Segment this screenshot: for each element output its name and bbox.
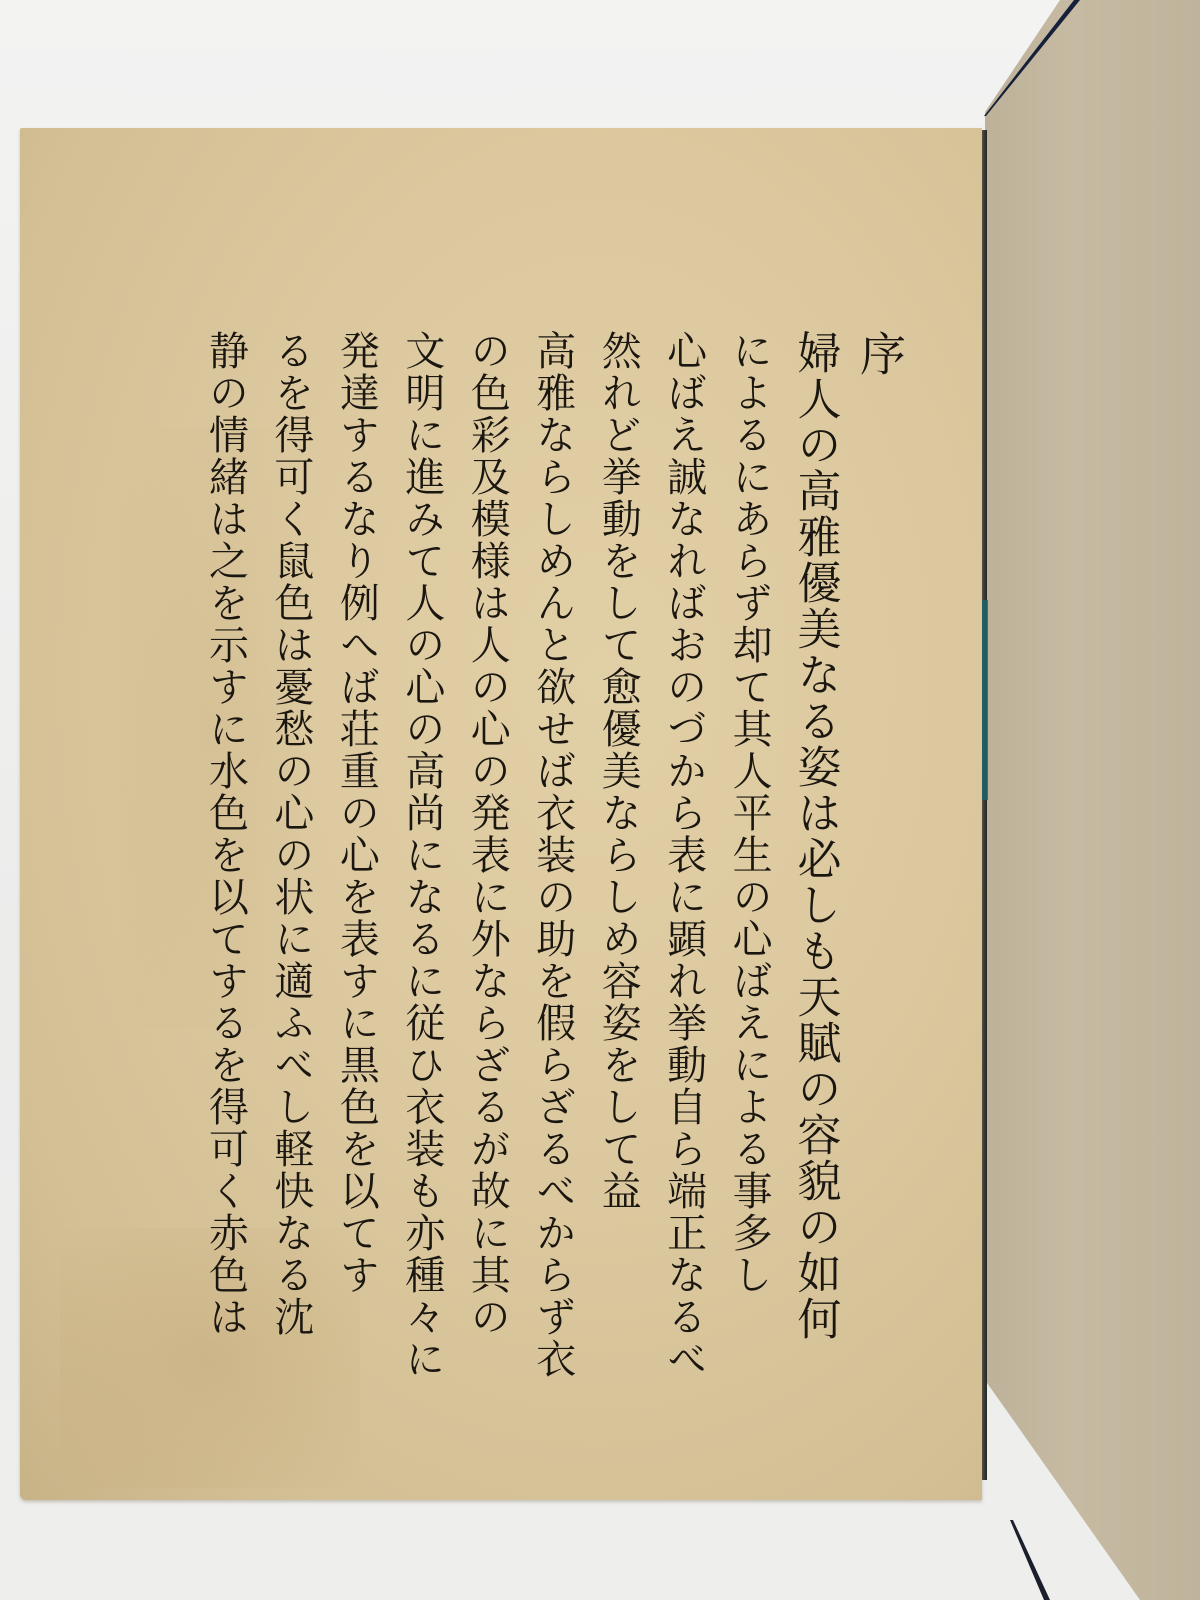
- text-column-2: によるにあらず却て其人平生の心ばえによる事多し: [719, 330, 784, 1380]
- text-column-9: るを得可く鼠色は憂愁の心の状に適ふべし軽快なる沈: [260, 330, 325, 1380]
- text-column-8: 発達するなり例へば荘重の心を表すに黒色を以てす: [326, 330, 391, 1380]
- text-column-6: の色彩及模様は人の心の発表に外ならざるが故に其の: [457, 330, 522, 1380]
- teal-binding-patch: [982, 600, 988, 800]
- text-column-10: 静の情緒は之を示すに水色を以てするを得可く赤色は: [195, 330, 260, 1380]
- text-column-5: 高雅ならしめんと欲せば衣装の助を假らざるべからず衣服: [522, 330, 587, 1380]
- text-column-1: 婦人の高雅優美なる姿は必しも天賦の容貌の如何: [784, 330, 849, 1380]
- text-column-3: 心ばえ誠なればおのづから表に顕れ挙動自ら端正なるべし: [653, 330, 718, 1380]
- photo-scene: 序 婦人の高雅優美なる姿は必しも天賦の容貌の如何 によるにあらず却て其人平生の心…: [0, 0, 1200, 1600]
- vertical-text-block: 序 婦人の高雅優美なる姿は必しも天賦の容貌の如何 によるにあらず却て其人平生の心…: [195, 330, 915, 1380]
- preface-title: 序: [850, 330, 915, 1380]
- book-cover: [985, 0, 1200, 1600]
- text-column-4: 然れど挙動をして愈優美ならしめ容姿をして益: [588, 330, 653, 1380]
- book-cover-edge-bottom: [1010, 1520, 1050, 1600]
- text-column-7: 文明に進みて人の心の高尚になるに従ひ衣装も亦種々に: [391, 330, 456, 1380]
